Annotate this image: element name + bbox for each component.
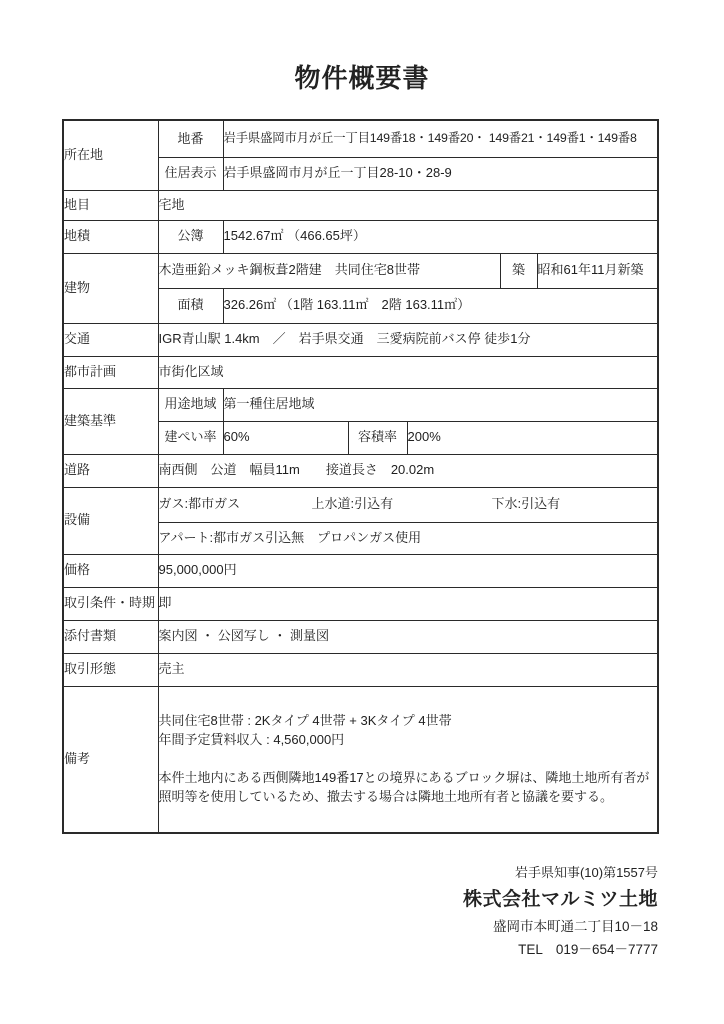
lot-number-label: 地番 — [158, 120, 223, 157]
table-row: 建物 木造亜鉛メッキ鋼板葺2階建 共同住宅8世帯 築 昭和61年11月新築 — [63, 253, 658, 288]
price-label: 価格 — [63, 554, 158, 587]
road-value: 南西側 公道 幅員11m 接道長さ 20.02m — [158, 454, 658, 487]
table-row: 取引形態 売主 — [63, 653, 658, 686]
building-built-value: 昭和61年11月新築 — [537, 253, 658, 288]
city-planning-value: 市街化区域 — [158, 356, 658, 388]
transport-value: IGR青山駅 1.4km ／ 岩手県交通 三愛病院前バス停 徒歩1分 — [158, 323, 658, 356]
transport-label: 交通 — [63, 323, 158, 356]
company-phone: TEL 019－654－7777 — [463, 938, 658, 958]
facilities-gas: ガス:都市ガス — [159, 496, 312, 512]
attachments-label: 添付書類 — [63, 620, 158, 653]
property-spec-table: 所在地 地番 岩手県盛岡市月が丘一丁目149番18・149番20・ 149番21… — [62, 119, 659, 834]
land-category-label: 地目 — [63, 190, 158, 220]
page-title: 物件概要書 — [0, 58, 724, 95]
land-area-label: 地積 — [63, 220, 158, 253]
facilities-sewer: 下水:引込有 — [492, 496, 561, 511]
building-area-label: 面積 — [158, 288, 223, 323]
transaction-type-value: 売主 — [158, 653, 658, 686]
lot-number-value: 岩手県盛岡市月が丘一丁目149番18・149番20・ 149番21・149番1・… — [223, 120, 658, 157]
price-value: 95,000,000円 — [158, 554, 658, 587]
location-label: 所在地 — [63, 120, 158, 190]
table-row: 添付書類 案内図 ・ 公図写し ・ 測量図 — [63, 620, 658, 653]
table-row: 設備 ガス:都市ガス上水道:引込有下水:引込有 — [63, 487, 658, 522]
building-label: 建物 — [63, 253, 158, 323]
company-name: 株式会社マルミツ土地 — [463, 884, 658, 911]
table-row: 地積 公簿 1542.67㎡ （466.65坪） — [63, 220, 658, 253]
floor-area-ratio-label: 容積率 — [348, 421, 407, 454]
table-row: 建築基準 用途地域 第一種住居地域 — [63, 388, 658, 421]
building-standards-label: 建築基準 — [63, 388, 158, 454]
license-number: 岩手県知事(10)第1557号 — [463, 862, 658, 881]
table-row: 都市計画 市街化区域 — [63, 356, 658, 388]
land-area-register-label: 公簿 — [158, 220, 223, 253]
building-area-value: 326.26㎡ （1階 163.11㎡ 2階 163.11㎡） — [223, 288, 658, 323]
land-area-value: 1542.67㎡ （466.65坪） — [223, 220, 658, 253]
floor-area-ratio-value: 200% — [407, 421, 658, 454]
facilities-apartment-value: アパート:都市ガス引込無 プロパンガス使用 — [158, 522, 658, 554]
table-row: 交通 IGR青山駅 1.4km ／ 岩手県交通 三愛病院前バス停 徒歩1分 — [63, 323, 658, 356]
building-built-label: 築 — [500, 253, 537, 288]
facilities-water: 上水道:引込有 — [312, 496, 492, 512]
road-label: 道路 — [63, 454, 158, 487]
company-address: 盛岡市本町通二丁目10－18 — [463, 915, 658, 935]
use-zone-value: 第一種住居地域 — [223, 388, 658, 421]
table-row: 所在地 地番 岩手県盛岡市月が丘一丁目149番18・149番20・ 149番21… — [63, 120, 658, 157]
facilities-utilities-cell: ガス:都市ガス上水道:引込有下水:引込有 — [158, 487, 658, 522]
residence-display-value: 岩手県盛岡市月が丘一丁目28-10・28-9 — [223, 157, 658, 190]
company-footer: 岩手県知事(10)第1557号 株式会社マルミツ土地 盛岡市本町通二丁目10－1… — [463, 862, 658, 958]
table-row: 取引条件・時期 即 — [63, 587, 658, 620]
building-structure-value: 木造亜鉛メッキ鋼板葺2階建 共同住宅8世帯 — [158, 253, 500, 288]
land-category-value: 宅地 — [158, 190, 658, 220]
use-zone-label: 用途地域 — [158, 388, 223, 421]
attachments-value: 案内図 ・ 公図写し ・ 測量図 — [158, 620, 658, 653]
terms-value: 即 — [158, 587, 658, 620]
transaction-type-label: 取引形態 — [63, 653, 158, 686]
coverage-ratio-label: 建ぺい率 — [158, 421, 223, 454]
city-planning-label: 都市計画 — [63, 356, 158, 388]
terms-label: 取引条件・時期 — [63, 587, 158, 620]
table-row: 地目 宅地 — [63, 190, 658, 220]
facilities-label: 設備 — [63, 487, 158, 554]
table-row: 道路 南西側 公道 幅員11m 接道長さ 20.02m — [63, 454, 658, 487]
residence-display-label: 住居表示 — [158, 157, 223, 190]
table-row: 備考 共同住宅8世帯 : 2Kタイプ 4世帯 + 3Kタイプ 4世帯 年間予定賃… — [63, 686, 658, 833]
remarks-text: 共同住宅8世帯 : 2Kタイプ 4世帯 + 3Kタイプ 4世帯 年間予定賃料収入… — [159, 712, 658, 806]
remarks-label: 備考 — [63, 686, 158, 833]
remarks-value: 共同住宅8世帯 : 2Kタイプ 4世帯 + 3Kタイプ 4世帯 年間予定賃料収入… — [158, 686, 658, 833]
property-summary-page: 物件概要書 所在地 地番 岩手県盛岡市月が丘一丁目149番18・149番20・ … — [0, 0, 724, 1024]
coverage-ratio-value: 60% — [223, 421, 348, 454]
table-row: 価格 95,000,000円 — [63, 554, 658, 587]
